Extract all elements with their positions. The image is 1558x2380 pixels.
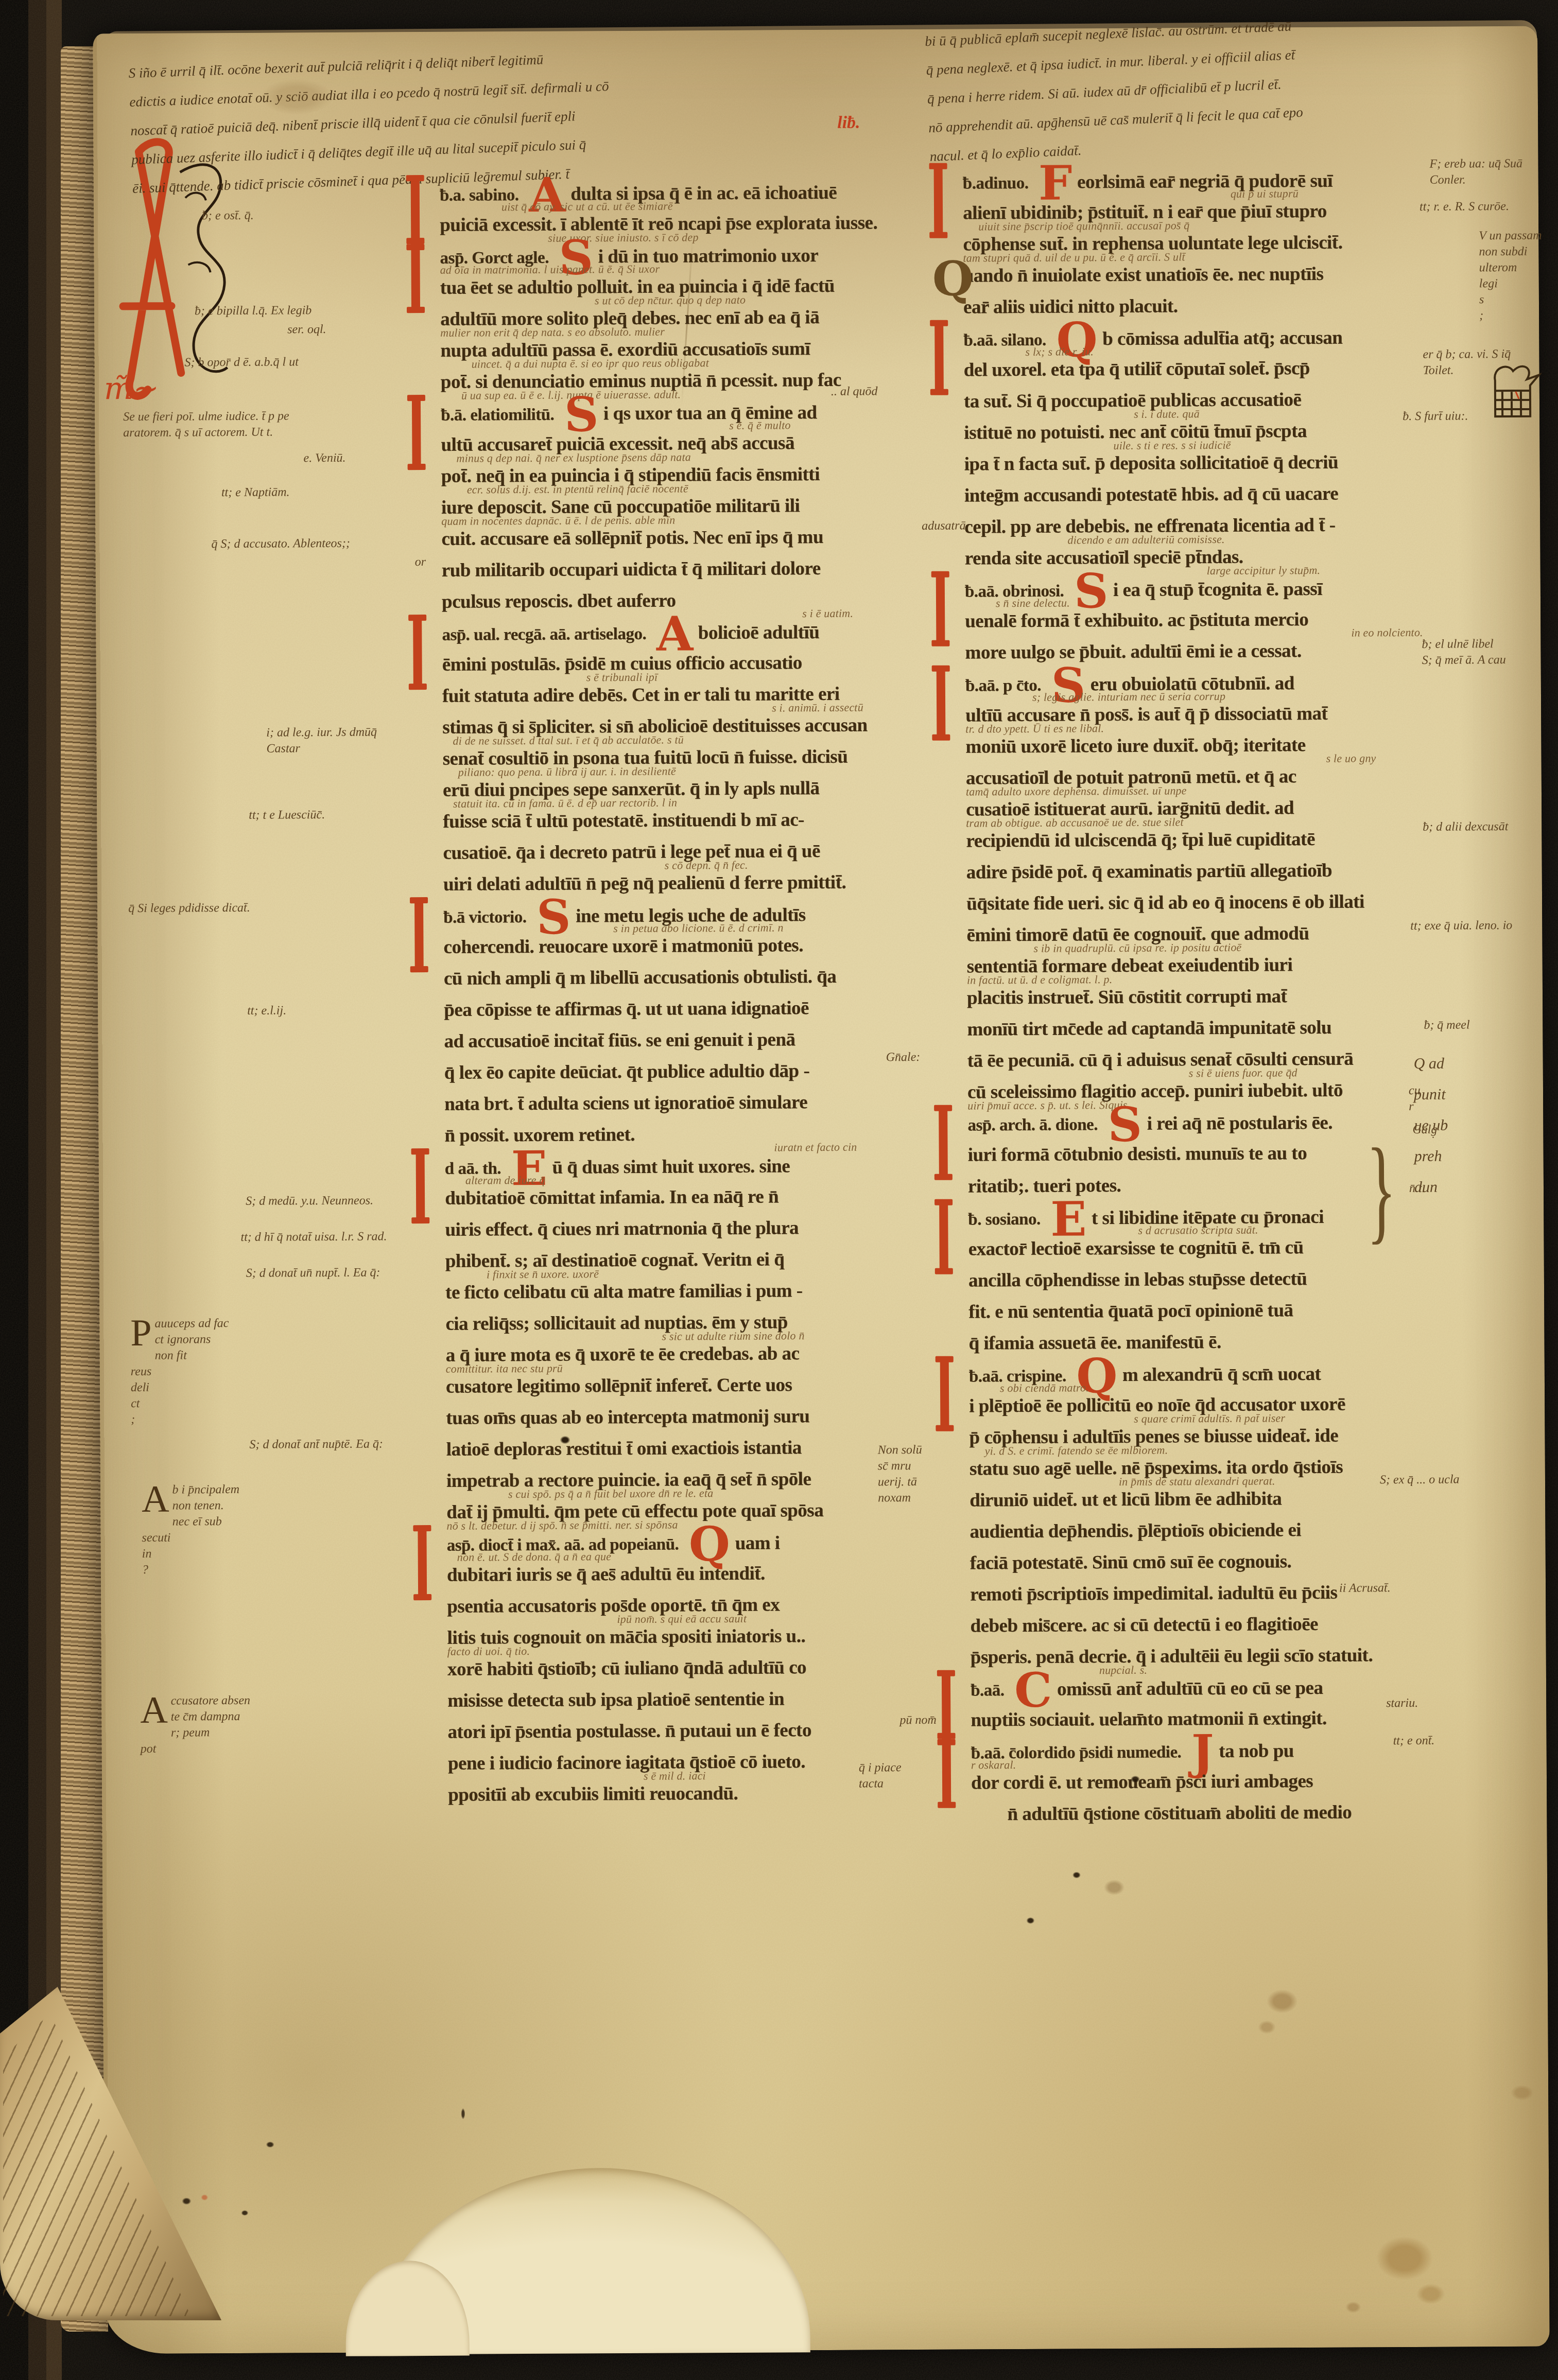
wormhole — [266, 2142, 274, 2148]
stain — [1376, 2236, 1433, 2280]
wormhole — [241, 2210, 248, 2215]
stain — [261, 79, 333, 115]
stain — [1416, 2284, 1445, 2304]
stain — [1258, 2020, 1275, 2034]
wormhole — [461, 2108, 465, 2120]
stain — [1345, 2302, 1361, 2313]
wormhole — [1131, 1776, 1140, 1783]
wormhole — [201, 2194, 208, 2200]
stain — [1511, 2085, 1533, 2101]
wormhole — [1026, 1917, 1034, 1923]
wormhole — [182, 2197, 191, 2204]
stain — [1104, 1880, 1124, 1895]
wormhole — [560, 1436, 570, 1444]
stains-and-holes-layer — [93, 26, 1550, 2354]
photographed-manuscript-scene: m̃~ S iño ē urril q̄ ilt̄. ocōne bexerit… — [0, 0, 1558, 2380]
wormhole — [1072, 1871, 1081, 1878]
stain — [1267, 1989, 1297, 2013]
parchment-page: m̃~ S iño ē urril q̄ ilt̄. ocōne bexerit… — [93, 26, 1550, 2354]
